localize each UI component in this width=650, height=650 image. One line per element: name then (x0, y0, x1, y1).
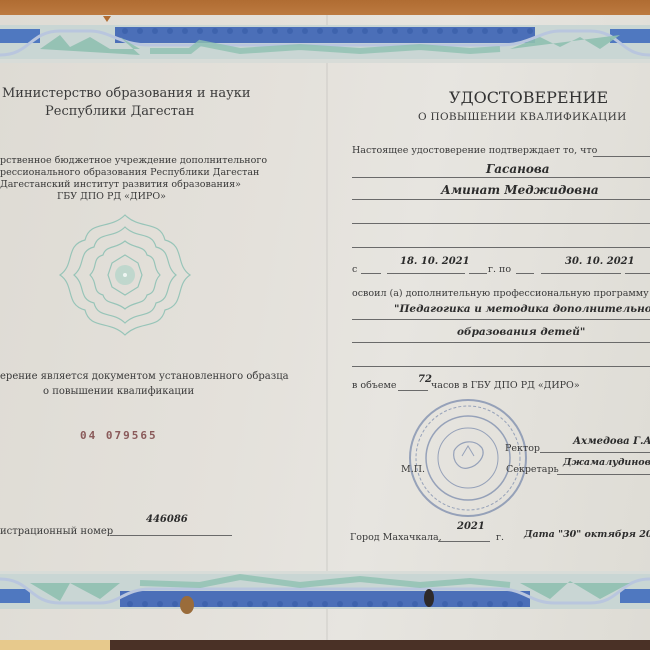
year-suffix: г. (496, 532, 504, 543)
statement-line-2: о повышении квалификации (43, 386, 194, 397)
volume-label: в объеме (352, 380, 397, 391)
program-underline-1 (352, 319, 650, 320)
registration-number: 446086 (146, 514, 188, 525)
top-guilloche-band (0, 25, 650, 63)
institution-line-3: Дагестанский институт развития образован… (0, 179, 241, 190)
from-label: с (352, 264, 357, 275)
blank-line-1 (352, 223, 650, 224)
to-underline-c (625, 273, 650, 274)
ministry-line-1: Министерство образования и науки (2, 86, 251, 101)
from-underline-a (361, 273, 381, 274)
to-underline-b (541, 273, 621, 274)
program-title-line-2: образования детей" (457, 326, 585, 338)
rosette-watermark-icon (50, 205, 200, 345)
statement-line-1: ерение является документом установленног… (0, 371, 289, 382)
program-title-line-1: "Педагогика и методика дополнительного (394, 303, 650, 315)
to-label: г. по (488, 264, 511, 275)
to-underline-a (516, 273, 534, 274)
surname-underline (352, 177, 650, 178)
confirms-underline (593, 156, 650, 157)
institution-line-2: рессионального образования Республики Да… (0, 167, 259, 178)
year-underline (438, 541, 490, 542)
program-underline-3 (352, 366, 650, 367)
hours-underline (398, 390, 428, 391)
ministry-line-2: Республики Дагестан (45, 104, 194, 119)
from-underline-c (469, 273, 487, 274)
program-label: освоил (а) дополнительную профессиональн… (352, 288, 649, 299)
date-from: 18. 10. 2021 (400, 256, 470, 267)
date-to: 30. 10. 2021 (565, 256, 635, 267)
issue-year: 2021 (457, 521, 485, 532)
registration-underline (110, 535, 232, 536)
confirms-label: Настоящее удостоверение подтверждает то,… (352, 145, 597, 156)
secretary-name: Джамалудинова (563, 457, 650, 468)
rector-underline (540, 452, 650, 453)
seal-label: М.П. (401, 464, 425, 475)
blank-line-2 (352, 247, 650, 248)
name-underline (352, 199, 650, 200)
hours-value: 72 (418, 374, 432, 385)
holder-name-patronymic: Аминат Меджидовна (441, 183, 599, 197)
issue-date: Дата "30" октября 202 (524, 529, 650, 540)
official-seal-icon (404, 396, 532, 520)
from-underline-b (387, 273, 465, 274)
registration-label: истрационный номер (0, 526, 113, 537)
serial-number: 04 079565 (80, 429, 158, 442)
punch-hole-right (424, 589, 434, 607)
rector-name: Ахмедова Г.А. (573, 436, 650, 447)
holder-surname: Гасанова (486, 162, 550, 176)
center-fold (326, 15, 328, 642)
bottom-guilloche-band (0, 571, 650, 609)
institution-line-1: рственное бюджетное учреждение дополните… (0, 155, 267, 166)
certificate-subtitle: О ПОВЫШЕНИИ КВАЛИФИКАЦИИ (418, 111, 627, 123)
table-edge-light (0, 640, 110, 650)
program-underline-2 (352, 342, 650, 343)
certificate-title: УДОСТОВЕРЕНИЕ (449, 88, 608, 107)
city-label: Город Махачкала, (350, 532, 442, 543)
secretary-underline (557, 474, 650, 475)
hours-suffix: часов в ГБУ ДПО РД «ДИРО» (431, 380, 580, 391)
secretary-label: Секретарь (506, 464, 559, 475)
institution-line-4: ГБУ ДПО РД «ДИРО» (57, 191, 166, 202)
punch-hole-left (180, 596, 194, 614)
rector-label: Ректор (505, 443, 540, 454)
